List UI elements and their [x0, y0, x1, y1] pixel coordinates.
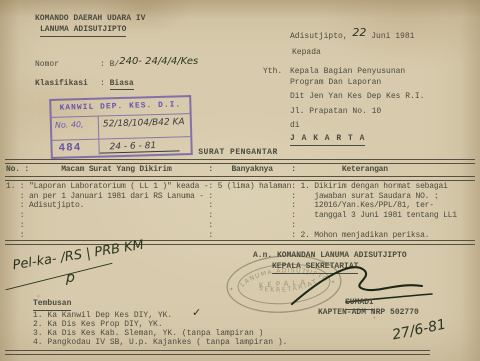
org-name-line2: LANUMA ADISUTJIPTO	[40, 25, 126, 37]
table-row-line: : : : 2. Mohon menjadikan periksa.	[6, 231, 457, 241]
nomor-label: Nomor	[35, 60, 59, 69]
rule-bottom	[5, 350, 430, 355]
klasifikasi-label: Klasifikasi	[35, 79, 88, 88]
place-text: Adisutjipto,	[290, 32, 352, 41]
klasifikasi-line: Klasifikasi	[35, 72, 88, 90]
addressee-line4: Jl. Prapatan No. 10	[290, 107, 381, 117]
rule-header-bottom	[5, 176, 475, 181]
handwritten-date: 27/6-81	[391, 317, 447, 344]
table-row-line: : an per 1 Januari 1981 dari RS Lanuma -…	[6, 192, 457, 202]
nomor-value: : B/240- 24/4/4/Kes	[100, 53, 198, 71]
nomor-separator: :	[100, 60, 110, 69]
handwritten-note-line2: p	[66, 270, 75, 286]
stamp-ref-handwritten: 52/18/104/B42 KA	[99, 114, 191, 140]
org-name-line1: KOMANDO DAERAH UDARA IV	[35, 14, 145, 24]
tembusan-item: 4. Pangkodau IV SB, U.p. Kajankes ( tanp…	[33, 338, 287, 348]
stamp-date-handwritten: 24 - 6 - 81	[99, 137, 179, 153]
addressee-line2: Program Dan Laporan	[290, 78, 381, 88]
stamp-agenda-no: No. 40,	[52, 117, 99, 141]
addressee-line3: Dit Jen Yan Kes Dep Kes R.I.	[290, 92, 424, 102]
tembusan-label: Tembusan	[33, 299, 71, 311]
rule-table-bottom	[5, 240, 475, 245]
table-body: 1. : "Laporan Laboratorium ( LL 1 )" kea…	[6, 182, 457, 240]
addressee-di: di	[290, 121, 300, 131]
table-row-line: : : :	[6, 221, 457, 231]
rule-top	[5, 159, 475, 164]
stamp-star-icon: ✦	[229, 285, 235, 293]
checkmark-handwritten: ✓	[192, 306, 201, 319]
addressee-line1: Kepala Bagian Penyusunan	[290, 67, 405, 77]
addressee-city: J A K A R T A	[290, 134, 365, 146]
table-row-line: 1. : "Laporan Laboratorium ( LL 1 )" kea…	[6, 182, 457, 192]
stamp-number-484: 484	[52, 140, 98, 155]
nomor-line: Nomor	[35, 53, 59, 71]
table-row-line: : Adisutjipto. : : 12016/Yan.Kes/PPL/81,…	[6, 201, 457, 211]
klasifikasi-value-wrap: : Biasa	[100, 72, 134, 90]
table-header-row: No. : Macam Surat Yang Dikirim : Banyakn…	[6, 165, 388, 175]
nomor-typed-part: B/	[110, 60, 120, 69]
place-date-line: Adisutjipto, 22 Juni 1981	[290, 25, 414, 43]
klasifikasi-separator: :	[100, 79, 110, 88]
registration-stamp: KANWIL DEP. KES. D.I. No. 40, 484 52/18/…	[49, 95, 193, 159]
signatory-rank: KAPTEN-ADM NRP 502770	[318, 308, 419, 318]
date-day-handwritten: 22	[352, 26, 366, 39]
scanned-letter: KOMANDO DAERAH UDARA IV LANUMA ADISUTJIP…	[0, 0, 480, 361]
nomor-handwritten-part: 240- 24/4/4/Kes	[119, 56, 198, 67]
table-row-line: : : : tanggal 3 Juni 1981 tentang LL1	[6, 211, 457, 221]
kepada-label: Kepada	[292, 48, 321, 58]
yth-label: Yth.	[263, 67, 282, 77]
date-rest-text: Juni 1981	[366, 32, 414, 41]
klasifikasi-value: Biasa	[110, 79, 134, 90]
